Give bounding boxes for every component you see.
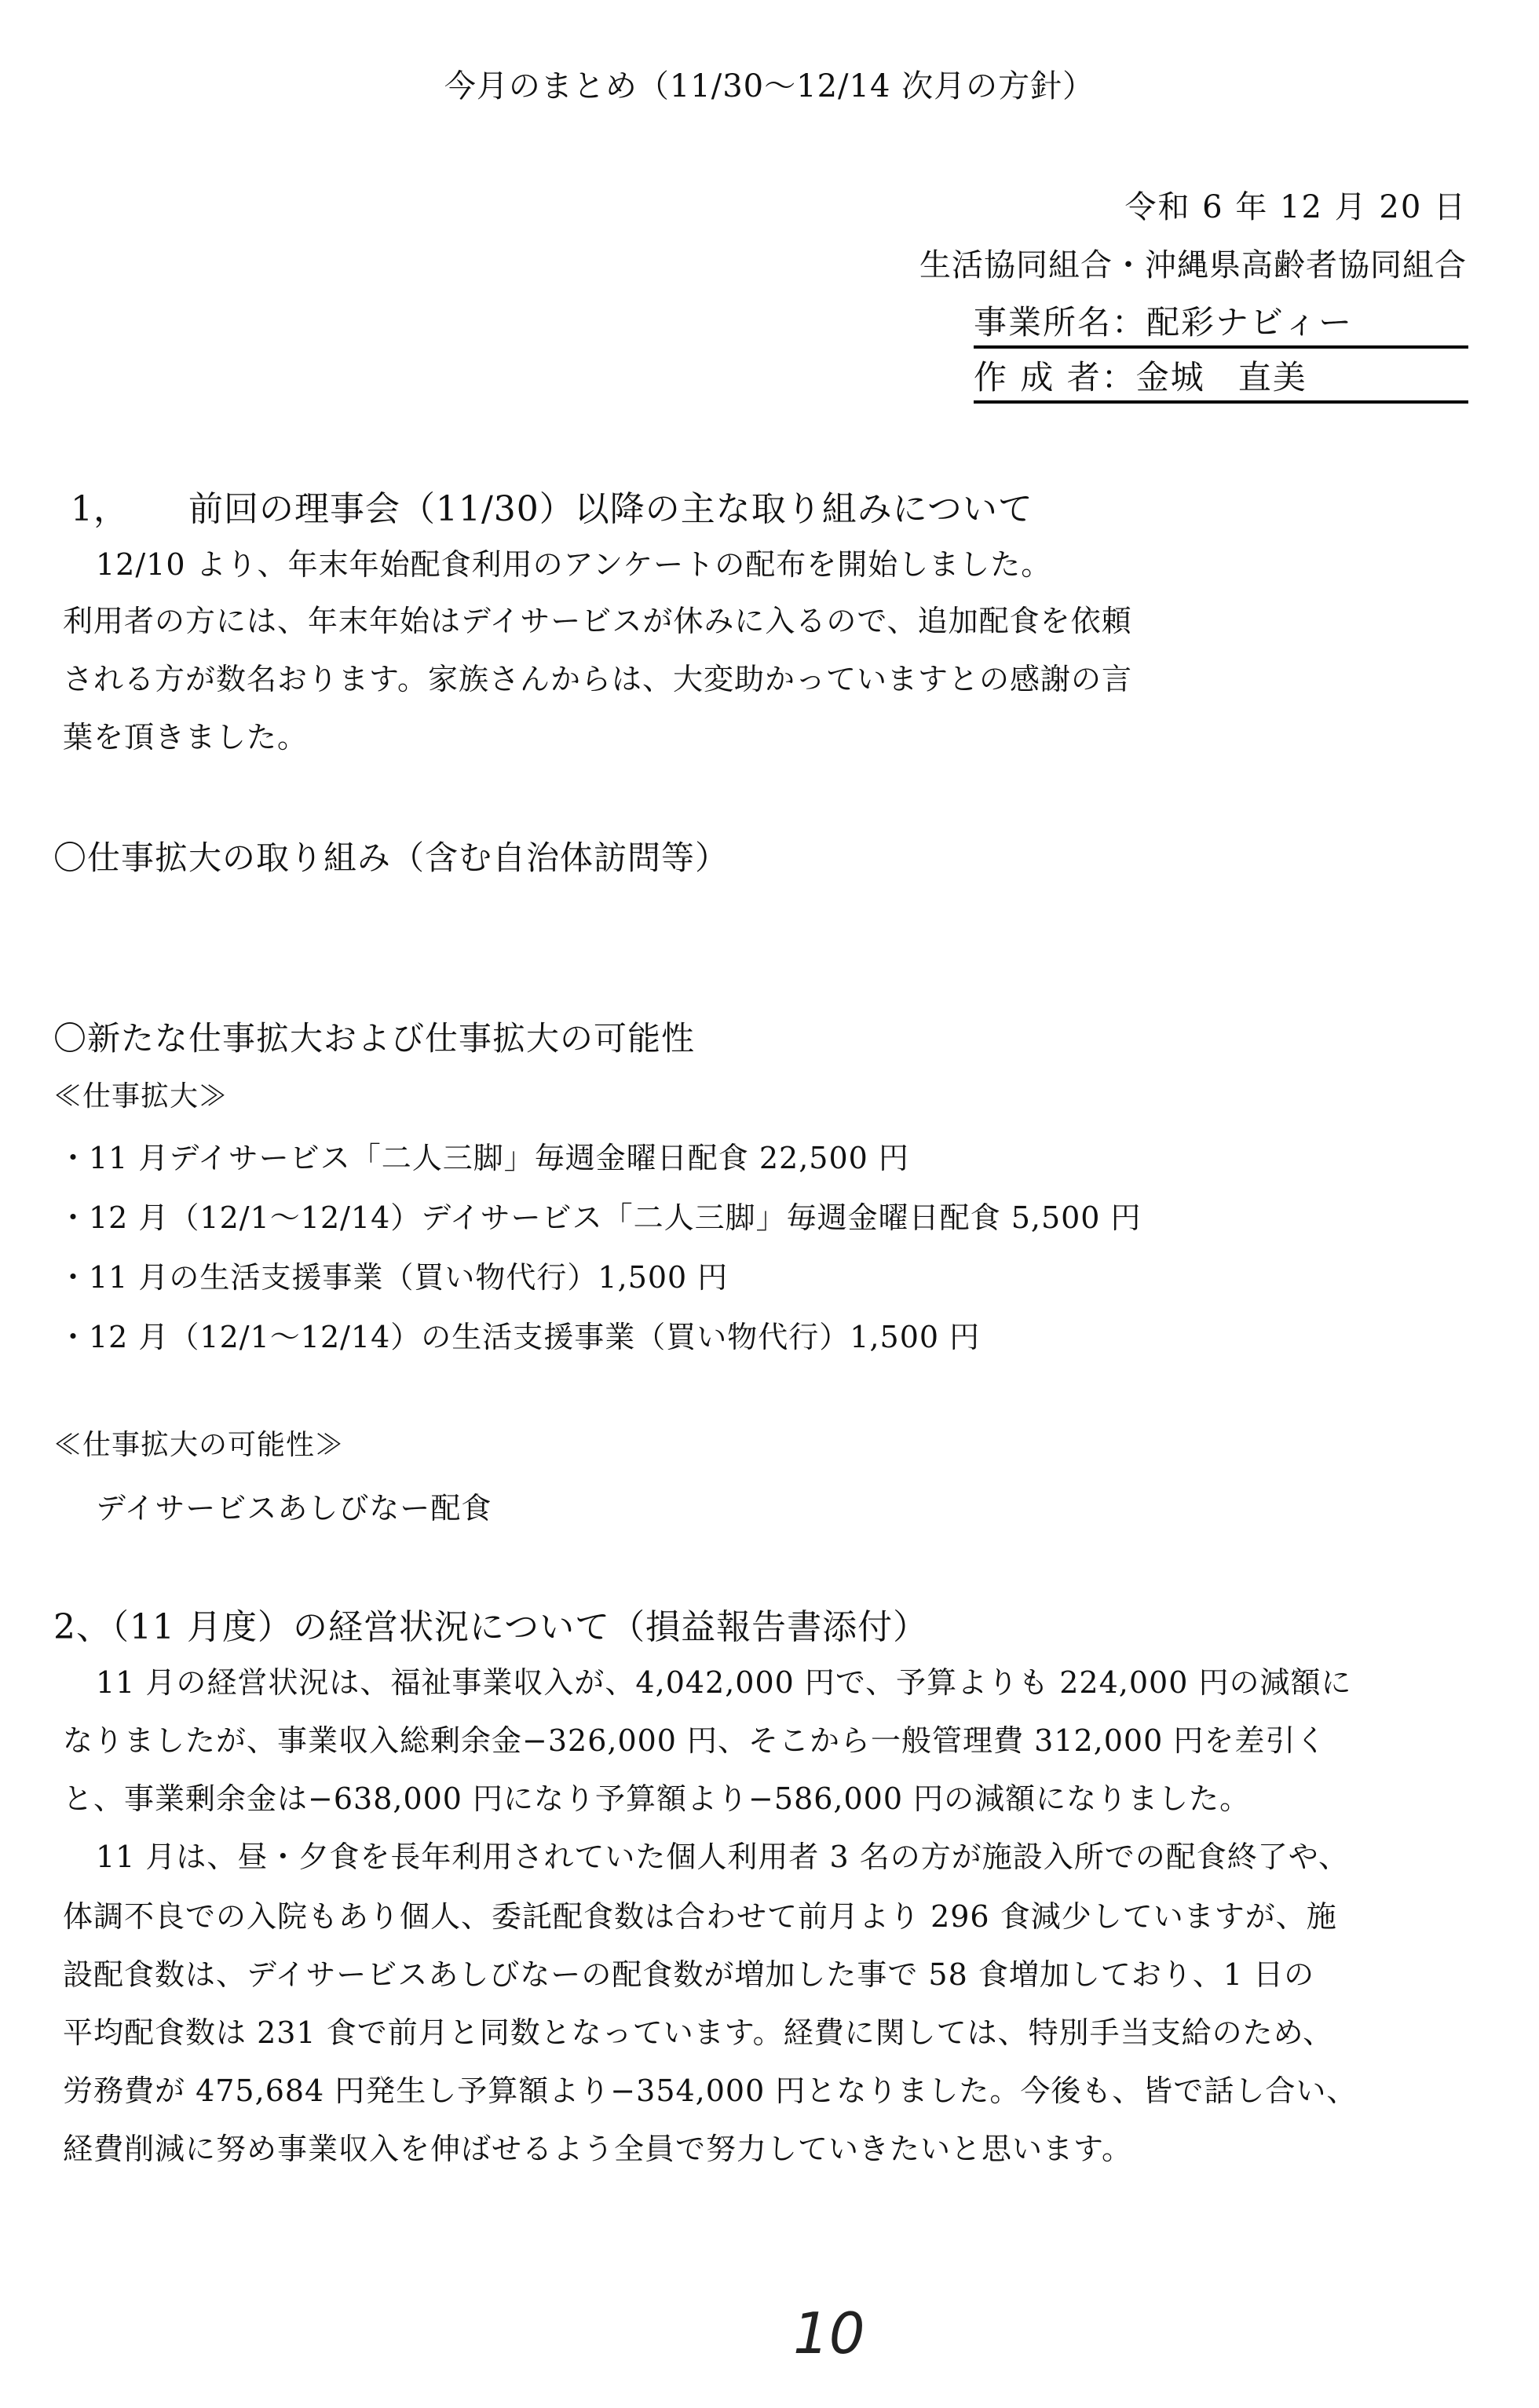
expansion-bracket-heading: ≪仕事拡大≫ — [53, 1074, 228, 1114]
section2-line: 労務費が 475,684 円発生し予算額より−354,000 円となりました。今… — [63, 2066, 1357, 2110]
section1-title: 前回の理事会（11/30）以降の主な取り組みについて — [188, 489, 1033, 529]
author-given-name: 直美 — [1238, 358, 1307, 396]
handwritten-page-number: 10 — [793, 2300, 865, 2366]
document-title: 今月のまとめ（11/30～12/14 次月の方針） — [0, 61, 1539, 106]
section2-line: 体調不良での入院もあり個人、委託配食数は合わせて前月より 296 食減少していま… — [63, 1892, 1337, 1935]
document-page: 今月のまとめ（11/30～12/14 次月の方針） 令和 6 年 12 月 20… — [0, 0, 1539, 2408]
section2-line: 平均配食数は 231 食で前月と同数となっています。経費に関しては、特別手当支給… — [63, 2008, 1333, 2052]
document-date: 令和 6 年 12 月 20 日 — [1124, 182, 1467, 227]
office-name: 配彩ナビィー — [1146, 303, 1353, 342]
work-expansion-heading: 〇仕事拡大の取り組み（含む自治体訪問等） — [53, 832, 729, 879]
section2-heading: 2、（11 月度）の経営状況について（損益報告書添付） — [53, 1599, 928, 1649]
section2-line: 経費削減に努め事業収入を伸ばせるよう全員で努力していきたいと思います。 — [63, 2125, 1132, 2168]
expansion-item: ・11 月の生活支援事業（買い物代行）1,500 円 — [58, 1253, 728, 1296]
expansion-item: ・11 月デイサービス「二人三脚」毎週金曜日配食 22,500 円 — [58, 1134, 909, 1177]
organization-name: 生活協同組合・沖縄県高齢者協同組合 — [919, 240, 1467, 285]
new-expansion-heading: 〇新たな仕事拡大および仕事拡大の可能性 — [53, 1013, 695, 1060]
expansion-item: ・12 月（12/1～12/14）の生活支援事業（買い物代行）1,500 円 — [58, 1313, 980, 1356]
section1-number: 1， — [71, 481, 188, 531]
section2-line: 設配食数は、デイサービスあしびなーの配食数が増加した事で 58 食増加しており、… — [63, 1950, 1314, 1993]
section1-line: 12/10 より、年末年始配食利用のアンケートの配布を開始しました。 — [96, 540, 1051, 583]
section2-line: と、事業剰余金は−638,000 円になり予算額より−586,000 円の減額に… — [63, 1774, 1250, 1818]
section1-line: される方が数名おります。家族さんからは、大変助かっていますとの感謝の言 — [63, 655, 1132, 698]
author-family-name: 金城 — [1136, 358, 1205, 396]
author-field: 作 成 者：金城直美 — [974, 352, 1468, 404]
section2-line: 11 月の経営状況は、福祉事業収入が、4,042,000 円で、予算よりも 22… — [96, 1658, 1351, 1701]
section1-line: 葉を頂きました。 — [63, 713, 308, 756]
expansion-item: ・12 月（12/1～12/14）デイサービス「二人三脚」毎週金曜日配食 5,5… — [58, 1193, 1142, 1237]
office-label: 事業所名： — [974, 303, 1146, 342]
author-label: 作 成 者： — [974, 358, 1136, 396]
section2-line: なりましたが、事業収入総剰余金−326,000 円、そこから一般管理費 312,… — [63, 1716, 1326, 1759]
possibility-bracket-heading: ≪仕事拡大の可能性≫ — [53, 1423, 344, 1463]
office-name-field: 事業所名：配彩ナビィー — [974, 297, 1468, 349]
section1-heading: 1，前回の理事会（11/30）以降の主な取り組みについて — [71, 481, 1033, 531]
section2-line: 11 月は、昼・夕食を長年利用されていた個人利用者 3 名の方が施設入所での配食… — [96, 1832, 1349, 1876]
section1-line: 利用者の方には、年末年始はデイサービスが休みに入るので、追加配食を依頼 — [63, 597, 1132, 640]
possibility-item: デイサービスあしびなー配食 — [96, 1484, 492, 1527]
